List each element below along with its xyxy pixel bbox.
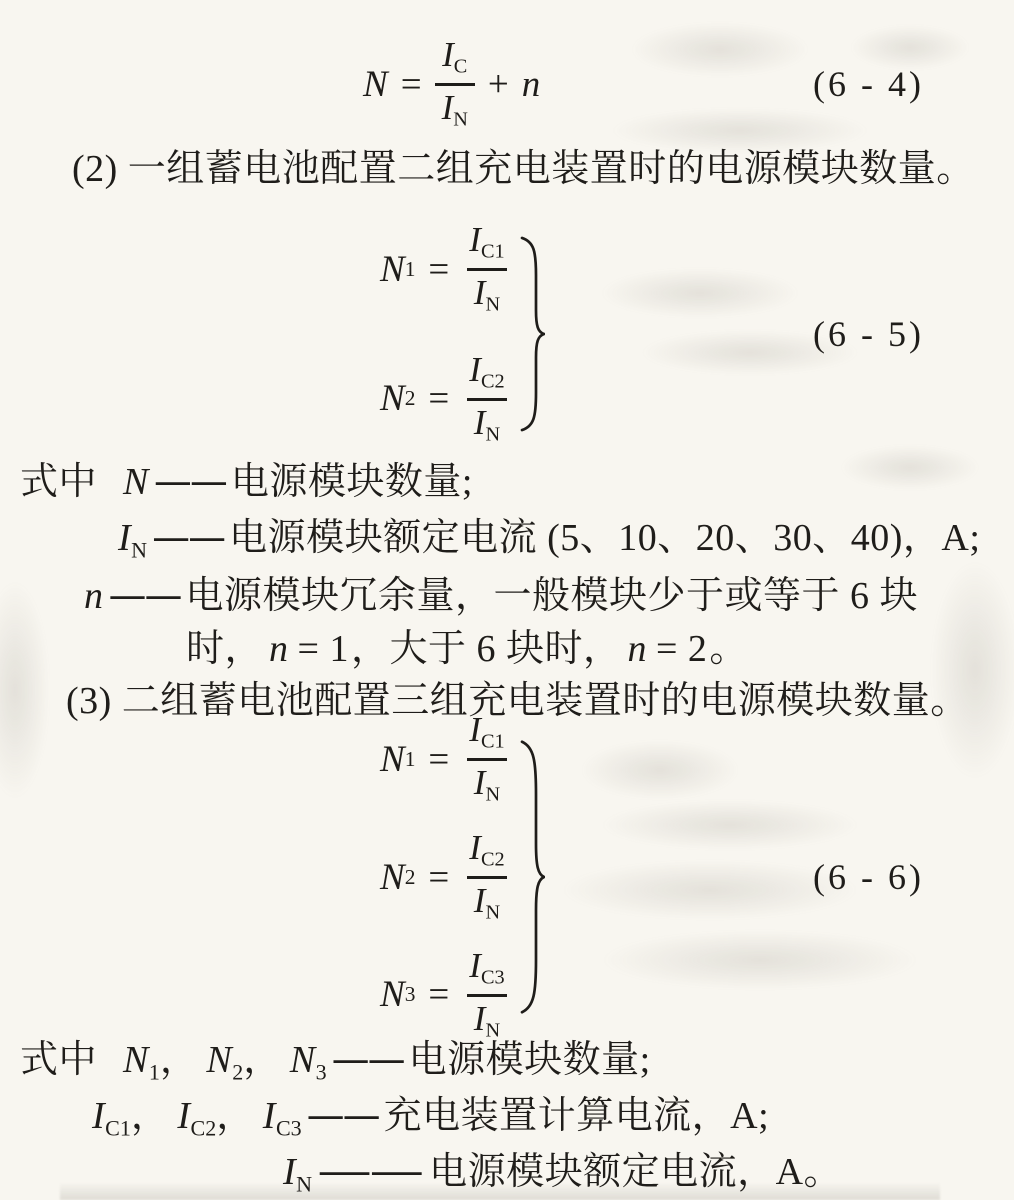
equation-stack: N1 = IC1 IN N2 = IC2 IN N3 = IC3 IN [380, 712, 512, 1042]
comma: ， [243, 1039, 282, 1081]
em-dash: —— [154, 458, 226, 504]
definition-text: 电源模块数量; [231, 461, 473, 503]
paragraph-item-3: (3) 二组蓄电池配置三组充电装置时的电源模块数量。 [66, 678, 969, 724]
var-N1: N [380, 248, 405, 291]
formula-N1: N1 = IC1 IN [380, 712, 512, 806]
right-curly-brace [519, 739, 545, 1015]
var-N3: N [290, 1039, 316, 1081]
definition-line-N: 式中N——电源模块数量; [20, 458, 473, 505]
definition-line-n-continued: 时，n= 1，大于 6 块时，n= 2。 [186, 626, 748, 672]
comma: ， [216, 1095, 255, 1137]
var-Ic2: I [177, 1095, 190, 1137]
var-Ic3: I [263, 1095, 276, 1137]
definition-text: 电源模块额定电流 (5、10、20、30、40)，A; [229, 517, 980, 559]
fraction-Ic3-In: IC3 IN [462, 948, 511, 1042]
equals-sign: = [428, 248, 449, 291]
equals-sign: = [428, 856, 449, 899]
equals-sign: = [428, 738, 449, 781]
plus-sign: + [488, 63, 509, 106]
var-I: I [283, 1151, 296, 1193]
var-N: N [123, 461, 149, 503]
sub-2: 2 [405, 865, 416, 890]
sub-C1: C1 [105, 1115, 131, 1140]
var-Ic1: I [92, 1095, 105, 1137]
var-N2: N [380, 377, 405, 420]
paragraph-item-2: (2) 一组蓄电池配置二组充电装置时的电源模块数量。 [72, 146, 975, 192]
equation-number-6-6: (6 - 6) [813, 856, 924, 898]
scanned-book-page: { "colors": {"paper": "#f8f6f0", "ink": … [0, 0, 1014, 1200]
equals-sign: = [428, 973, 449, 1016]
var-N1: N [380, 738, 405, 781]
var-n: n [84, 575, 104, 617]
em-dash: —— [317, 1148, 421, 1194]
formula-6-4: N = IC IN + n [363, 37, 540, 131]
definition-text: 电源模块数量; [409, 1039, 651, 1081]
var-N3: N [380, 973, 405, 1016]
value-1: = 1 [298, 628, 349, 670]
definition-text: 充电装置计算电流，A; [384, 1095, 770, 1137]
sub-N: N [131, 537, 147, 562]
comma: ， [131, 1095, 170, 1137]
sub-2: 2 [405, 386, 416, 411]
var-I: I [118, 517, 131, 559]
where-label: 式中 [20, 461, 97, 503]
fraction-denominator: IN [435, 83, 475, 131]
fraction-Ic2-In: IC2 IN [462, 830, 511, 924]
definition-text: 时， [186, 628, 263, 670]
em-dash: —— [307, 1092, 379, 1138]
sub-C2: C2 [191, 1115, 217, 1140]
value-2: = 2 [656, 628, 707, 670]
equation-6-4: N = IC IN + n (6 - 4) [0, 34, 1014, 134]
equals-sign: = [428, 377, 449, 420]
where-label: 式中 [20, 1039, 97, 1081]
var-N1: N [123, 1039, 149, 1081]
fraction-numerator: IC [435, 37, 474, 83]
var-N2: N [206, 1039, 232, 1081]
sub-1: 1 [405, 257, 416, 282]
formula-N3: N3 = IC3 IN [380, 948, 512, 1042]
definition-text: ，大于 6 块时， [351, 628, 622, 670]
definition-text: 电源模块额定电流，A。 [429, 1151, 842, 1193]
sub-1: 1 [149, 1059, 160, 1084]
sub-2: 2 [232, 1059, 243, 1084]
equation-number-6-5: (6 - 5) [813, 313, 924, 355]
definition-line-In: IN——电源模块额定电流 (5、10、20、30、40)，A; [118, 514, 980, 573]
em-dash: —— [152, 514, 224, 560]
definition-text: 电源模块冗余量，一般模块少于或等于 6 块 [186, 575, 919, 617]
em-dash: —— [109, 572, 181, 618]
formula-N2: N2 = IC2 IN [380, 830, 512, 924]
definition-line-In: IN——电源模块额定电流，A。 [283, 1148, 842, 1200]
var-n: n [522, 63, 541, 106]
period: 。 [709, 628, 748, 670]
sub-1: 1 [405, 747, 416, 772]
var-N2: N [380, 856, 405, 899]
sub-3: 3 [405, 982, 416, 1007]
definition-line-n: n——电源模块冗余量，一般模块少于或等于 6 块 [84, 572, 918, 619]
paper-smudge [840, 445, 980, 490]
equation-stack: N1 = IC1 IN N2 = IC2 IN [380, 222, 512, 446]
fraction-Ic-In: IC IN [435, 37, 475, 131]
equals-sign: = [401, 63, 422, 106]
formula-N2: N2 = IC2 IN [380, 352, 512, 446]
var-N: N [363, 63, 388, 106]
comma: ， [160, 1039, 199, 1081]
equation-number-6-4: (6 - 4) [813, 63, 924, 105]
equation-6-5: N1 = IC1 IN N2 = IC2 IN (6 - 5) [0, 226, 1014, 442]
definition-line-Ic1-Ic2-Ic3: IC1，IC2，IC3——充电装置计算电流，A; [92, 1092, 769, 1151]
var-n: n [269, 628, 289, 670]
fraction-Ic2-In: IC2 IN [462, 352, 511, 446]
sub-C3: C3 [276, 1115, 302, 1140]
em-dash: —— [332, 1036, 404, 1082]
sub-3: 3 [316, 1059, 327, 1084]
formula-N1: N1 = IC1 IN [380, 222, 512, 316]
sub-N: N [296, 1171, 312, 1196]
equation-6-6: N1 = IC1 IN N2 = IC2 IN N3 = IC3 IN (6 [0, 734, 1014, 1020]
fraction-Ic1-In: IC1 IN [462, 222, 511, 316]
right-curly-brace [519, 236, 545, 432]
definition-line-N1-N2-N3: 式中N1，N2，N3——电源模块数量; [20, 1036, 651, 1095]
fraction-Ic1-In: IC1 IN [462, 712, 511, 806]
var-n: n [627, 628, 647, 670]
